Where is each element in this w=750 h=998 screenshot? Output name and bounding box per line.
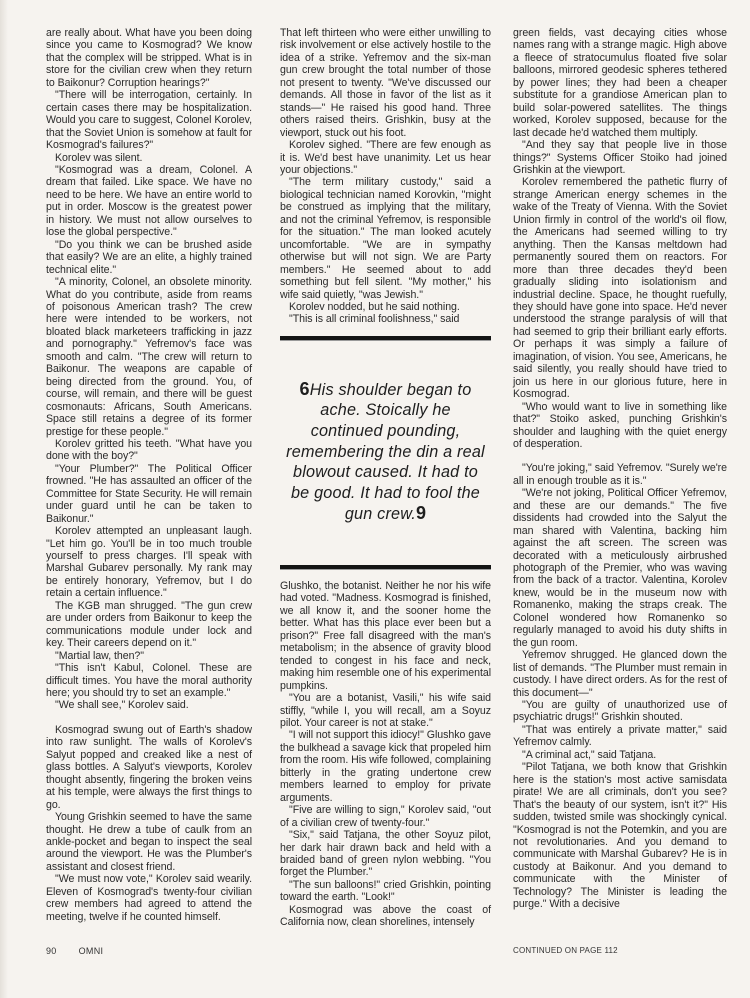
pull-quote-text: His shoulder began to ache. Stoically he… (286, 381, 485, 524)
continued-on-page-note: CONTINUED ON PAGE 112 (513, 946, 618, 955)
paragraph: Young Grishkin seemed to have the same t… (46, 811, 252, 873)
paragraph: green fields, vast decaying cities whose… (513, 27, 727, 139)
paragraph: Korolev sighed. "There are few enough as… (280, 139, 491, 176)
paragraph: "That was entirely a private matter," sa… (513, 724, 727, 749)
paragraph: "Pilot Tatjana, we both know that Grishk… (513, 761, 727, 910)
paragraph: "Your Plumber?" The Political Officer fr… (46, 463, 252, 525)
column-1: are really about. What have you been doi… (46, 27, 252, 923)
paragraph: "And they say that people live in those … (513, 139, 727, 176)
paragraph: "A criminal act," said Tatjana. (513, 749, 727, 761)
paragraph: "Martial law, then?" (46, 650, 252, 662)
paragraph: Yefremov shrugged. He glanced down the l… (513, 649, 727, 699)
pull-quote: 6His shoulder began to ache. Stoically h… (280, 336, 491, 570)
paragraph: Kosmograd was above the coast of Califor… (280, 904, 491, 929)
paragraph: "We're not joking, Political Officer Yef… (513, 487, 727, 649)
page-folio: 90OMNI (46, 946, 125, 956)
page-gutter-shadow (0, 0, 8, 998)
paragraph: Korolev gritted his teeth. "What have yo… (46, 438, 252, 463)
column-2: That left thirteen who were either unwil… (280, 27, 491, 929)
paragraph: "You are a botanist, Vasili," his wife s… (280, 692, 491, 729)
paragraph: Korolev attempted an unpleasant laugh. "… (46, 525, 252, 600)
paragraph: Korolev was silent. (46, 152, 252, 164)
paragraph: "You're joking," said Yefremov. "Surely … (513, 462, 727, 487)
paragraph: "We must now vote," Korolev said wearily… (46, 873, 252, 923)
paragraph: "Five are willing to sign," Korolev said… (280, 804, 491, 829)
paragraph: Korolev remembered the pathetic flurry o… (513, 176, 727, 400)
column-3: green fields, vast decaying cities whose… (513, 27, 727, 911)
paragraph: "Kosmograd was a dream, Colonel. A dream… (46, 164, 252, 239)
paragraph: "The term military custody," said a biol… (280, 176, 491, 301)
paragraph: "You are guilty of unauthorized use of p… (513, 699, 727, 724)
close-quote-icon: 9 (416, 503, 426, 523)
paragraph: "This is all criminal foolishness," said (280, 313, 491, 325)
paragraph: "Do you think we can be brushed aside th… (46, 239, 252, 276)
paragraph: "There will be interrogation, certainly.… (46, 89, 252, 151)
paragraph: are really about. What have you been doi… (46, 27, 252, 89)
paragraph: "A minority, Colonel, an obsolete minori… (46, 276, 252, 438)
paragraph: "This isn't Kabul, Colonel. These are di… (46, 662, 252, 699)
open-quote-icon: 6 (300, 379, 310, 399)
paragraph: "The sun balloons!" cried Grishkin, poin… (280, 879, 491, 904)
paragraph: Korolev nodded, but he said nothing. (280, 301, 491, 313)
paragraph: Kosmograd swung out of Earth's shadow in… (46, 724, 252, 811)
paragraph: That left thirteen who were either unwil… (280, 27, 491, 139)
paragraph: "Six," said Tatjana, the other Soyuz pil… (280, 829, 491, 879)
paragraph: "I will not support this idiocy!" Glushk… (280, 729, 491, 804)
paragraph: "Who would want to live in something lik… (513, 401, 727, 451)
paragraph: Glushko, the botanist. Neither he nor hi… (280, 580, 491, 692)
publication-name: OMNI (79, 946, 104, 956)
page-number: 90 (46, 946, 57, 956)
paragraph: "We shall see," Korolev said. (46, 699, 252, 711)
paragraph: The KGB man shrugged. "The gun crew are … (46, 600, 252, 650)
pull-quote-text-block: 6His shoulder began to ache. Stoically h… (280, 341, 491, 565)
pull-quote-bottom-rule (280, 565, 491, 570)
